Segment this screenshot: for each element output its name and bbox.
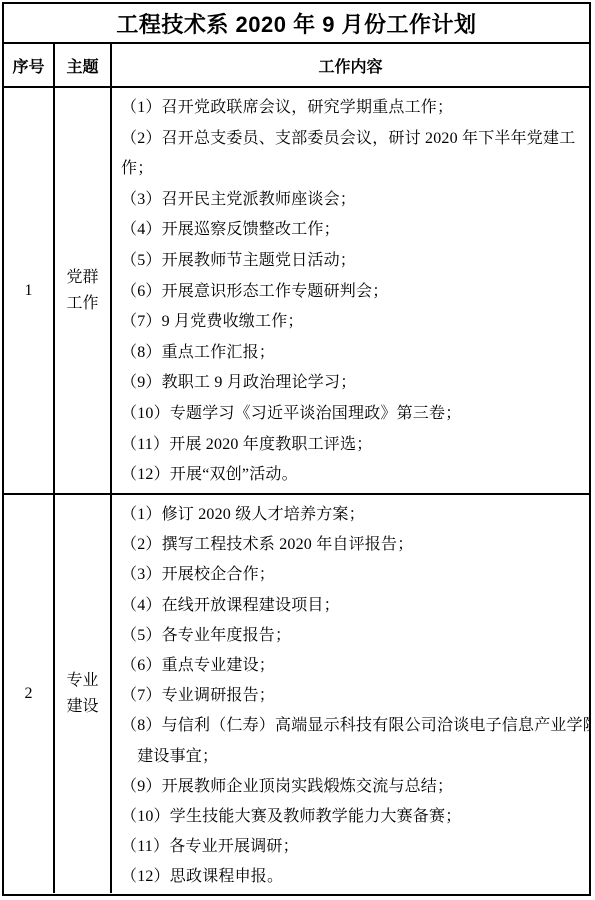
header-theme-label: 主题: [66, 54, 98, 77]
work-item-line: （2）召开总支委员、支部委员会议，研讨 2020 年下半年党建工: [121, 124, 583, 155]
page-title: 工程技术系 2020 年 9 月份工作计划: [116, 8, 476, 39]
row-theme-line: 建设: [66, 694, 98, 720]
row-content-cell: （1）召开党政联席会议，研究学期重点工作；（2）召开总支委员、支部委员会议，研讨…: [112, 88, 589, 493]
row-theme-line: 党群: [66, 265, 98, 291]
table-title-row: 工程技术系 2020 年 9 月份工作计划: [4, 4, 589, 44]
row-theme-cell: 专业建设: [55, 495, 112, 893]
work-item-line: （7）专业调研报告；: [121, 681, 583, 711]
table-row: 1党群工作（1）召开党政联席会议，研究学期重点工作；（2）召开总支委员、支部委员…: [4, 88, 589, 495]
row-theme-cell: 党群工作: [55, 88, 112, 493]
work-item-line: （9）开展教师企业顶岗实践煅炼交流与总结；: [121, 772, 583, 802]
work-item-line: （1）修订 2020 级人才培养方案；: [121, 500, 583, 530]
document-page: 工程技术系 2020 年 9 月份工作计划 序号 主题 工作内容 1党群工作（1…: [0, 0, 595, 900]
work-item-line: （6）重点专业建设；: [121, 651, 583, 681]
row-index-value: 1: [25, 282, 33, 300]
work-item-line: （7）9 月党费收缴工作；: [121, 307, 583, 338]
work-item-line: （11）开展 2020 年度教职工评选；: [121, 430, 583, 461]
table-body: 1党群工作（1）召开党政联席会议，研究学期重点工作；（2）召开总支委员、支部委员…: [4, 88, 589, 893]
table-row: 2专业建设（1）修订 2020 级人才培养方案；（2）撰写工程技术系 2020 …: [4, 495, 589, 893]
header-theme: 主题: [55, 44, 112, 86]
header-index: 序号: [4, 44, 55, 86]
work-item-line: （3）开展校企合作；: [121, 560, 583, 590]
work-item-line: （4）开展巡察反馈整改工作；: [121, 215, 583, 246]
row-content-cell: （1）修订 2020 级人才培养方案；（2）撰写工程技术系 2020 年自评报告…: [112, 495, 589, 893]
work-item-line: （11）各专业开展调研；: [121, 832, 583, 862]
header-content: 工作内容: [112, 44, 589, 86]
table-header-row: 序号 主题 工作内容: [4, 44, 589, 88]
work-item-line: （9）教职工 9 月政治理论学习；: [121, 368, 583, 399]
row-theme-line: 专业: [66, 668, 98, 694]
work-item-line: （3）召开民主党派教师座谈会；: [121, 185, 583, 216]
work-item-line: （5）各专业年度报告；: [121, 621, 583, 651]
work-item-line: （5）开展教师节主题党日活动；: [121, 246, 583, 277]
work-item-line: （6）开展意识形态工作专题研判会；: [121, 277, 583, 308]
header-content-label: 工作内容: [318, 54, 382, 77]
row-theme-line: 工作: [66, 291, 98, 317]
row-index-cell: 1: [4, 88, 55, 493]
work-item-line: （12）开展“双创”活动。: [121, 460, 583, 491]
work-item-line: 作；: [121, 154, 583, 185]
row-index-cell: 2: [4, 495, 55, 893]
work-item-line: （10）专题学习《习近平谈治国理政》第三卷；: [121, 399, 583, 430]
work-item-line: （8）与信利（仁寿）高端显示科技有限公司洽谈电子信息产业学院: [121, 711, 583, 741]
work-item-line: （4）在线开放课程建设项目；: [121, 591, 583, 621]
header-index-label: 序号: [12, 54, 44, 77]
work-item-line: （1）召开党政联席会议，研究学期重点工作；: [121, 93, 583, 124]
work-item-line: （8）重点工作汇报；: [121, 338, 583, 369]
work-item-line: （2）撰写工程技术系 2020 年自评报告；: [121, 530, 583, 560]
work-item-line: （12）思政课程申报。: [121, 862, 583, 892]
work-item-line: 建设事宜；: [121, 742, 583, 772]
work-item-line: （10）学生技能大赛及教师教学能力大赛备赛；: [121, 802, 583, 832]
work-plan-table: 工程技术系 2020 年 9 月份工作计划 序号 主题 工作内容 1党群工作（1…: [2, 2, 591, 896]
row-index-value: 2: [25, 685, 33, 703]
